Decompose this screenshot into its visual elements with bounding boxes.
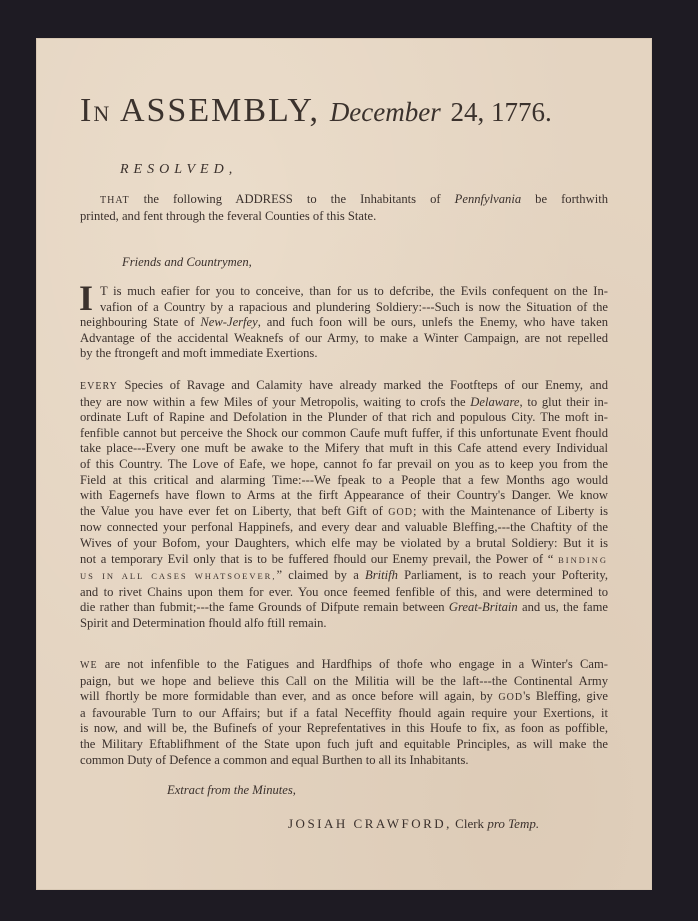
text-line: That the following ADDRESS to the Inhabi… bbox=[80, 192, 608, 209]
text-line: Field at this critical and alarming Time… bbox=[80, 473, 608, 489]
text-line: We are not infenfible to the Fatigues an… bbox=[80, 657, 608, 674]
extract-from-minutes: Extract from the Minutes, bbox=[167, 783, 296, 798]
text-line: Wives of your Bofom, your Daughters, whi… bbox=[80, 536, 608, 552]
resolved-heading: RESOLVED, bbox=[120, 162, 237, 178]
signature-title: Clerk bbox=[455, 816, 484, 831]
text-line: Spirit and Determination fhould alfo fti… bbox=[80, 616, 608, 632]
headline-in-rest: N bbox=[93, 101, 110, 126]
paragraph-1: T is much eafier for you to conceive, th… bbox=[80, 284, 608, 362]
text-line: the Value you have ever fet on Liberty, … bbox=[80, 504, 608, 521]
text-line: printed, and fent through the feveral Co… bbox=[80, 209, 608, 225]
signature: JOSIAH CRAWFORD, Clerk pro Temp. bbox=[288, 816, 539, 832]
text-line: by the ftrongeft and moft immediate Exer… bbox=[80, 346, 608, 362]
text-line: ordinate Luft of Rapine and Defolation i… bbox=[80, 410, 608, 426]
text-line: with Eagernefs have flown to Arms at the… bbox=[80, 488, 608, 504]
text-line: the Military Eftablifhment of the State … bbox=[80, 737, 608, 753]
signature-name: JOSIAH CRAWFORD, bbox=[288, 816, 452, 831]
headline-assembly: ASSEMBLY, bbox=[120, 92, 320, 129]
text-line: of this Country. The Love of Eafe, we ho… bbox=[80, 457, 608, 473]
text-line: us in all cases whatsoever,” claimed by … bbox=[80, 568, 608, 585]
headline-initial: I bbox=[80, 92, 93, 129]
text-line: is now, and will be, the Bufinefs of you… bbox=[80, 721, 608, 737]
text-line: take place---Every one muft be awake to … bbox=[80, 441, 608, 457]
salutation: Friends and Countrymen, bbox=[122, 255, 252, 270]
text-line: a favourable Turn to our Affairs; but if… bbox=[80, 706, 608, 722]
text-line: paign, but we hope and believe this Call… bbox=[80, 674, 608, 690]
text-line: die rather than fubmit;---the fame Groun… bbox=[80, 600, 608, 616]
text-line: neighbouring State of New-Jerfey, and fu… bbox=[80, 315, 608, 331]
text-line: Advantage of the accidental Weaknefs of … bbox=[80, 331, 608, 347]
text-line: fenfible cannot but perceive the Shock o… bbox=[80, 426, 608, 442]
text-line: and to rivet Chains upon them for ever. … bbox=[80, 585, 608, 601]
resolution-paragraph: That the following ADDRESS to the Inhabi… bbox=[80, 192, 608, 224]
text-line: not a temporary Evil only that is to be … bbox=[80, 552, 608, 569]
headline-day-year: 24, 1776. bbox=[451, 97, 552, 127]
signature-title-italic: pro Temp. bbox=[487, 816, 539, 831]
paragraph-2: Every Species of Ravage and Calamity hav… bbox=[80, 378, 608, 632]
text-line: Every Species of Ravage and Calamity hav… bbox=[80, 378, 608, 395]
text-line: vafion of a Country by a rapacious and p… bbox=[80, 300, 608, 316]
text-line: will fhortly be more formidable than eve… bbox=[80, 689, 608, 706]
text-line: now connected your perfonal Happinefs, a… bbox=[80, 520, 608, 536]
headline: IN ASSEMBLY, December 24, 1776. bbox=[80, 92, 620, 130]
paragraph-3: We are not infenfible to the Fatigues an… bbox=[80, 657, 608, 768]
text-line: T is much eafier for you to conceive, th… bbox=[80, 284, 608, 300]
text-line: common Duty of Defence a common and equa… bbox=[80, 753, 608, 769]
headline-date: December bbox=[330, 97, 441, 127]
text-line: they are now within a few Miles of your … bbox=[80, 395, 608, 411]
